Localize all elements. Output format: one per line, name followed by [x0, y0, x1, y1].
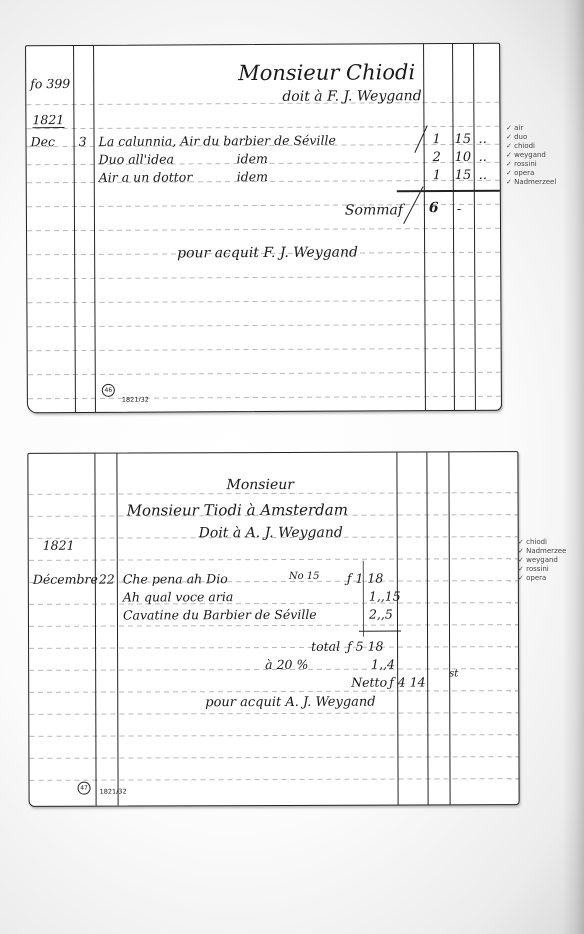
- note-item: ✓ opera: [518, 574, 566, 583]
- entry-penning: ..: [478, 132, 486, 147]
- entry-description: Che pena ah Dio: [123, 571, 228, 586]
- scan-shadow-edge: [562, 0, 584, 934]
- invoice-header-creditor: Doit à A. J. Weygand: [199, 525, 343, 542]
- entry-penning: ..: [479, 150, 487, 165]
- archive-ref: 1821/32: [122, 396, 149, 404]
- total-label: total: [311, 639, 340, 654]
- florin-slash: [414, 125, 428, 153]
- margin-notes-2: ✓ chiodi ✓ Nadmerzee ✓ weygand ✓ rossini…: [518, 538, 566, 583]
- note-item: ✓ rossini: [506, 160, 556, 169]
- entry-ditto: idem: [237, 151, 268, 166]
- receipt-signature: pour acquit F. J. Weygand: [177, 245, 358, 262]
- year: 1821: [43, 538, 75, 553]
- total-value: ƒ 5 18: [347, 639, 383, 654]
- entry-guilders: 2: [433, 150, 441, 165]
- invoice-header-recipient: Monsieur Chiodi: [238, 60, 415, 85]
- sum-stuivers: -: [457, 202, 461, 217]
- month: Dec: [31, 134, 56, 149]
- archive-ref: 1821/32: [100, 788, 127, 796]
- invoice-sheet-2: Monsieur Monsieur Tiodi à Amsterdam Doit…: [27, 451, 519, 807]
- note-item: ✓ air: [506, 124, 556, 133]
- entry-description: Cavatine du Barbier de Séville: [123, 607, 317, 623]
- entry-guilders: 1: [433, 168, 441, 183]
- stuiver-column-line: [448, 452, 451, 804]
- entry-day: 3: [79, 134, 87, 149]
- invoice-sheet-1: fo 399 1821 Dec Monsieur Chiodi doit à F…: [25, 43, 502, 413]
- entry-amount: ƒ 1 18: [347, 571, 383, 586]
- note-item: ✓ chiodi: [506, 142, 556, 151]
- entry-description: Duo all'idea: [99, 151, 174, 166]
- stamp-number: 46: [102, 384, 115, 397]
- entry-amount: 1,,15: [369, 589, 401, 604]
- year: 1821: [32, 112, 64, 128]
- note-item: ✓ Nadmerzeel: [506, 178, 556, 187]
- margin-notes-1: ✓ air ✓ duo ✓ chiodi ✓ weygand ✓ rossini…: [506, 124, 556, 187]
- sum-label: Sommaf: [345, 202, 403, 218]
- entry-guilders: 1: [433, 132, 441, 147]
- entry-description: Ah qual voce aria: [123, 589, 233, 604]
- invoice-header-recipient: Monsieur Tiodi à Amsterdam: [127, 501, 348, 520]
- entry-stuivers: 15: [455, 168, 472, 183]
- total-rule: [359, 631, 401, 632]
- month: Décembre: [33, 572, 98, 587]
- netto-value: ƒ 4 14: [389, 674, 425, 689]
- note-item: ✓ weygand: [506, 151, 556, 160]
- note-item: ✓ opera: [506, 169, 556, 178]
- invoice-header-creditor: doit à F. J. Weygand: [282, 88, 421, 105]
- netto-suffix: st: [449, 668, 458, 679]
- date-column-line: [94, 454, 97, 806]
- note-item: ✓ duo: [506, 133, 556, 142]
- stamp-number: 47: [78, 782, 91, 795]
- guilder-column-line: [423, 44, 426, 410]
- folio-ref: fo 399: [30, 76, 70, 91]
- receipt-signature: pour acquit A. J. Weygand: [205, 695, 375, 711]
- entry-number: No 15: [289, 571, 320, 582]
- entry-amount: 2,,5: [369, 607, 393, 622]
- discount-label: à 20 %: [265, 657, 308, 672]
- note-item: ✓ chiodi: [518, 538, 566, 547]
- description-column-line: [116, 454, 119, 806]
- entry-description: Air a un dottor: [99, 169, 193, 184]
- entry-penning: ..: [479, 168, 487, 183]
- guilder-column-line: [426, 452, 429, 804]
- note-item: ✓ Nadmerzee: [518, 547, 566, 556]
- discount-value: 1,,4: [371, 657, 395, 672]
- note-item: ✓ rossini: [518, 565, 566, 574]
- entry-stuivers: 15: [454, 132, 471, 147]
- entry-ditto: idem: [237, 169, 268, 184]
- invoice-header-salutation: Monsieur: [226, 477, 293, 493]
- note-item: ✓ weygand: [518, 556, 566, 565]
- sum-rule: [397, 190, 500, 192]
- entry-description: La calunnia, Air du barbier de Séville: [99, 133, 336, 149]
- sum-value: 6: [429, 200, 439, 216]
- entry-stuivers: 10: [455, 150, 472, 165]
- entry-day: 22: [99, 572, 115, 587]
- netto-label: Netto: [351, 675, 387, 690]
- amount-column-line: [396, 453, 399, 805]
